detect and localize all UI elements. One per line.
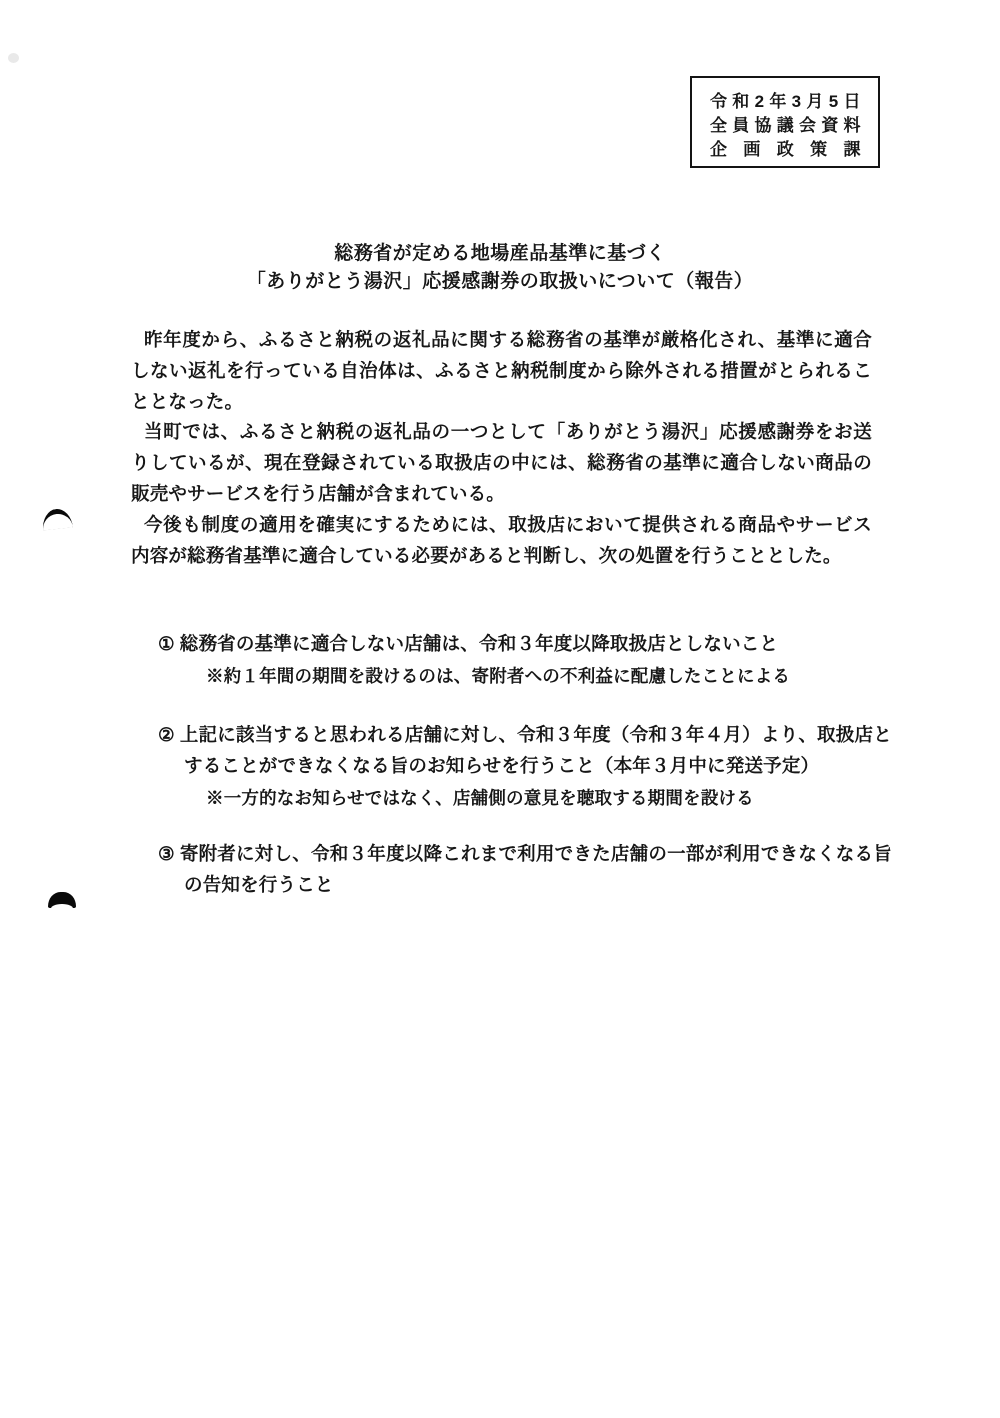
document-header-box: 令和2年3月5日 全員協議会資料 企画政策課 — [690, 76, 880, 168]
paragraph-3: 今後も制度の適用を確実にするためには、取扱店において提供される商品やサービス内容… — [131, 511, 872, 573]
list-item-2-note: ※一方的なお知らせではなく、店舗側の意見を聴取する期間を設ける — [206, 783, 892, 814]
page-title-line2: 「ありがとう湯沢」応援感謝券の取扱いについて（報告） — [0, 268, 1000, 296]
list-item-3-text: ③寄附者に対し、令和３年度以降これまで利用できた店舗の一部が利用できなくなる旨の… — [158, 840, 892, 902]
list-item-3: ③寄附者に対し、令和３年度以降これまで利用できた店舗の一部が利用できなくなる旨の… — [158, 840, 892, 902]
document-department: 企画政策課 — [710, 138, 861, 162]
list-item-2-text: ②上記に該当すると思われる店舗に対し、令和３年度（令和３年４月）より、取扱店とす… — [158, 721, 892, 783]
scan-arc-artifact-lower — [48, 892, 76, 908]
page-title: 総務省が定める地場産品基準に基づく 「ありがとう湯沢」応援感謝券の取扱いについて… — [0, 240, 1000, 296]
page-title-line1: 総務省が定める地場産品基準に基づく — [0, 240, 1000, 268]
list-item-2: ②上記に該当すると思われる店舗に対し、令和３年度（令和３年４月）より、取扱店とす… — [158, 721, 892, 814]
paragraph-1: 昨年度から、ふるさと納税の返礼品に関する総務省の基準が厳格化され、基準に適合しな… — [131, 326, 872, 418]
list-item-3-body: 寄附者に対し、令和３年度以降これまで利用できた店舗の一部が利用できなくなる旨の告… — [180, 845, 892, 896]
list-item-1-text: ①総務省の基準に適合しない店舗は、令和３年度以降取扱店としないこと — [158, 630, 892, 661]
document-date: 令和2年3月5日 — [710, 90, 861, 114]
scan-smudge-artifact — [8, 53, 19, 63]
circled-number-1: ① — [158, 635, 175, 655]
circled-number-3: ③ — [158, 845, 175, 865]
measures-list: ①総務省の基準に適合しない店舗は、令和３年度以降取扱店としないこと ※約１年間の… — [158, 630, 892, 902]
scan-arc-artifact-upper — [41, 507, 73, 530]
scanned-document-page: { "header_box": { "line1": "令和2年3月5日", "… — [0, 0, 1000, 1418]
document-meeting-label: 全員協議会資料 — [710, 114, 861, 138]
list-item-1-note: ※約１年間の期間を設けるのは、寄附者への不利益に配慮したことによる — [206, 661, 892, 692]
list-item-1-body: 総務省の基準に適合しない店舗は、令和３年度以降取扱店としないこと — [180, 635, 778, 655]
list-item-1: ①総務省の基準に適合しない店舗は、令和３年度以降取扱店としないこと ※約１年間の… — [158, 630, 892, 692]
circled-number-2: ② — [158, 726, 175, 746]
document-body: 昨年度から、ふるさと納税の返礼品に関する総務省の基準が厳格化され、基準に適合しな… — [131, 326, 872, 572]
list-item-2-body: 上記に該当すると思われる店舗に対し、令和３年度（令和３年４月）より、取扱店とする… — [180, 726, 892, 777]
paragraph-2: 当町では、ふるさと納税の返礼品の一つとして「ありがとう湯沢」応援感謝券をお送りし… — [131, 418, 872, 510]
